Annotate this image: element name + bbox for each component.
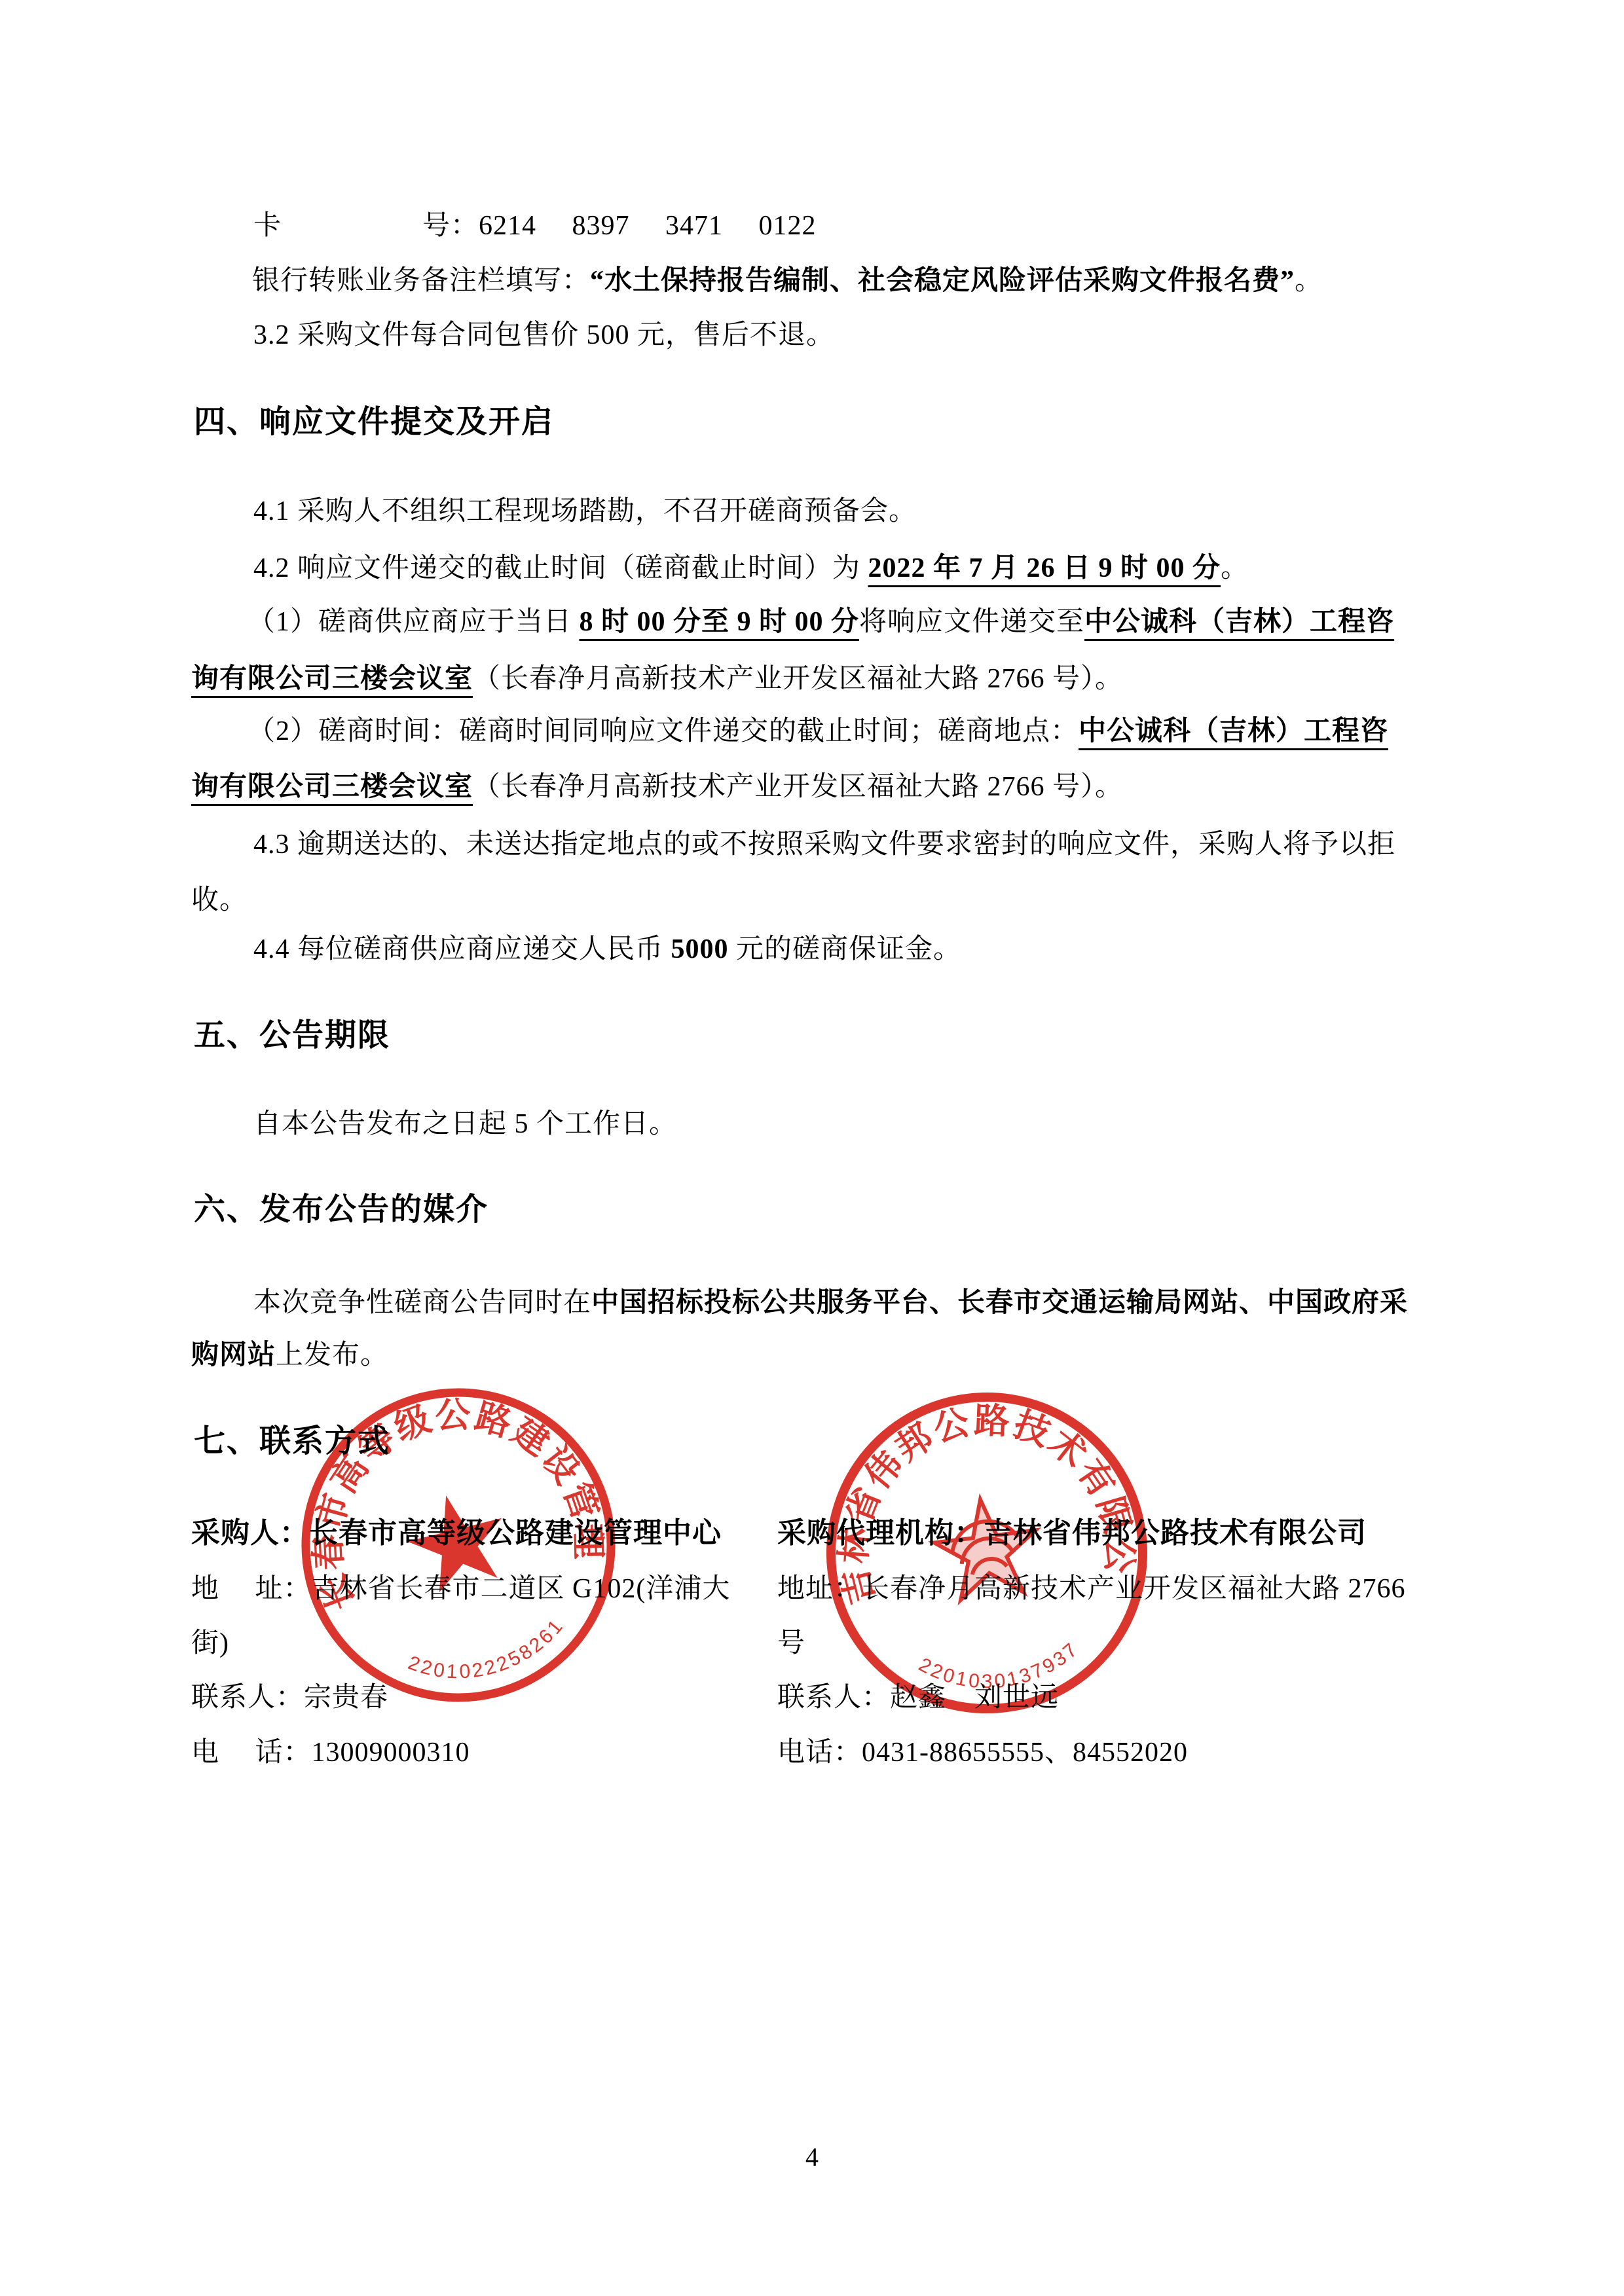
clause-4-4: 4.4 每位磋商供应商应递交人民币 5000 元的磋商保证金。 bbox=[253, 921, 961, 977]
star-scribble-icon bbox=[930, 1493, 1043, 1602]
section-4-heading: 四、响应文件提交及开启 bbox=[194, 391, 554, 454]
svg-text:2201022258261: 2201022258261 bbox=[400, 1611, 576, 1699]
clause-4-3: 4.3 逾期送达的、未送达指定地点的或不按照采购文件要求密封的响应文件，采购人将… bbox=[253, 816, 1395, 873]
document-page: 卡 号：6214 8397 3471 0122 银行转账业务备注栏填写：“水土保… bbox=[0, 0, 1624, 2296]
star-icon bbox=[399, 1484, 515, 1597]
clause-4-3-cont: 收。 bbox=[191, 872, 248, 928]
deposit-amount: 5000 bbox=[671, 934, 729, 964]
media-line-1: 本次竞争性磋商公告同时在中国招标投标公共服务平台、长春市交通运输局网站、中国政府… bbox=[253, 1275, 1408, 1331]
section-6-heading: 六、发布公告的媒介 bbox=[194, 1178, 489, 1241]
card-number-line: 卡 号：6214 8397 3471 0122 bbox=[253, 198, 817, 254]
purchaser-address-line2: 街) bbox=[191, 1615, 229, 1671]
agency-official-stamp: 吉林省伟邦公路技术有限公司 2201030137937 bbox=[790, 1356, 1184, 1750]
announcement-period: 自本公告发布之日起 5 个工作日。 bbox=[253, 1096, 677, 1152]
media-platforms: 中国招标投标公共服务平台、长春市交通运输局网站、中国政府采 bbox=[591, 1288, 1408, 1318]
clause-4-2: 4.2 响应文件递交的截止时间（磋商截止时间）为 2022 年 7 月 26 日… bbox=[253, 540, 1249, 596]
negotiation-place-part1: 中公诚科（吉林）工程咨 bbox=[1079, 716, 1388, 746]
bank-remark-bold: “水土保持报告编制、社会稳定风险评估采购文件报名费” bbox=[590, 266, 1295, 296]
submission-time-range: 8 时 00 分至 9 时 00 分 bbox=[580, 607, 860, 637]
agency-name-part2: 询有限公司三楼会议室 bbox=[191, 664, 473, 694]
negotiation-place-part2: 询有限公司三楼会议室 bbox=[191, 772, 473, 802]
clause-4-2-item-2-cont: 询有限公司三楼会议室（长春净月高新技术产业开发区福祉大路 2766 号）。 bbox=[191, 759, 1123, 815]
agency-address-line2: 号 bbox=[777, 1615, 805, 1671]
clause-4-2-item-1: （1）磋商供应商应于当日 8 时 00 分至 9 时 00 分将响应文件递交至中… bbox=[248, 594, 1394, 650]
bank-remark-line: 银行转账业务备注栏填写：“水土保持报告编制、社会稳定风险评估采购文件报名费”。 bbox=[252, 253, 1323, 309]
clause-4-2-item-1-cont: 询有限公司三楼会议室（长春净月高新技术产业开发区福祉大路 2766 号）。 bbox=[191, 651, 1123, 707]
clause-3-2: 3.2 采购文件每合同包售价 500 元，售后不退。 bbox=[253, 307, 834, 363]
media-line-2: 购网站上发布。 bbox=[191, 1327, 388, 1383]
stamp-code: 2201022258261 bbox=[400, 1611, 576, 1699]
page-number: 4 bbox=[0, 2129, 1624, 2185]
deadline-datetime: 2022 年 7 月 26 日 9 时 00 分 bbox=[868, 553, 1221, 583]
clause-4-2-item-2: （2）磋商时间：磋商时间同响应文件递交的截止时间；磋商地点：中公诚科（吉林）工程… bbox=[248, 703, 1388, 759]
agency-name-part1: 中公诚科（吉林）工程咨 bbox=[1084, 607, 1394, 637]
section-5-heading: 五、公告期限 bbox=[194, 1004, 390, 1067]
card-number-text: 卡 号：6214 8397 3471 0122 bbox=[253, 211, 817, 241]
clause-4-1: 4.1 采购人不组织工程现场踏勘，不召开磋商预备会。 bbox=[253, 483, 917, 539]
